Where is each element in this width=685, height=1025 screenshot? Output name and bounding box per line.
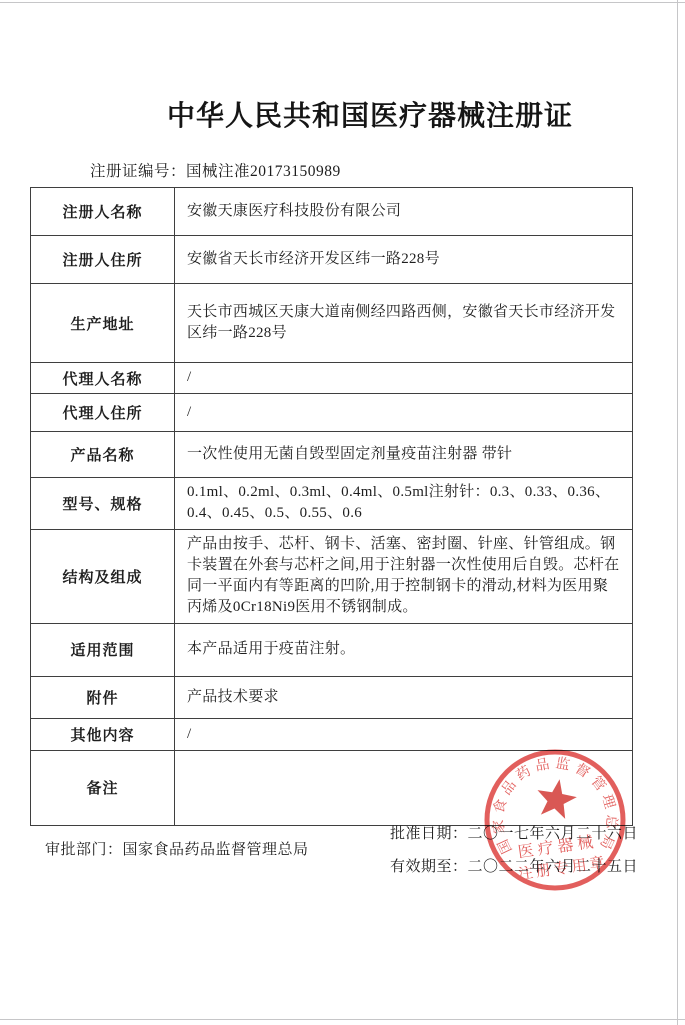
table-row: 生产地址 天长市西城区天康大道南侧经四路西侧，安徽省天长市经济开发区纬一路228… [31, 284, 633, 363]
certificate-number-line: 注册证编号：国械注准20173150989 [90, 159, 341, 181]
table-row: 注册人名称 安徽天康医疗科技股份有限公司 [31, 188, 633, 236]
row-value-model-spec: 0.1ml、0.2ml、0.3ml、0.4ml、0.5ml注射针：0.3、0.3… [175, 478, 633, 530]
table-row: 适用范围 本产品适用于疫苗注射。 [31, 623, 633, 676]
row-label-registrant-address: 注册人住所 [31, 236, 175, 284]
certificate-number-value: 国械注准20173150989 [186, 163, 341, 180]
certificate-number-label: 注册证编号： [90, 163, 186, 180]
row-label-agent-address: 代理人住所 [31, 394, 175, 432]
valid-until-label: 有效期至： [390, 859, 468, 875]
row-value-registrant-address: 安徽省天长市经济开发区纬一路228号 [175, 236, 633, 284]
valid-until-value: 二〇二二年六月二十五日 [468, 859, 639, 875]
row-label-scope: 适用范围 [31, 623, 175, 676]
row-label-product-name: 产品名称 [31, 432, 175, 478]
row-label-other: 其他内容 [31, 718, 175, 750]
valid-until-line: 有效期至：二〇二二年六月二十五日 [390, 855, 638, 876]
approval-date-value: 二〇一七年六月二十六日 [468, 826, 639, 842]
row-value-production-address: 天长市西城区天康大道南侧经四路西侧，安徽省天长市经济开发区纬一路228号 [175, 284, 633, 363]
table-row: 代理人名称 / [31, 363, 633, 394]
row-label-remarks: 备注 [31, 750, 175, 825]
approval-department-line: 审批部门：国家食品药品监督管理总局 [45, 838, 309, 859]
table-row: 代理人住所 / [31, 394, 633, 432]
table-row: 注册人住所 安徽省天长市经济开发区纬一路228号 [31, 236, 633, 284]
table-row: 备注 [31, 750, 633, 825]
row-value-attachment: 产品技术要求 [175, 676, 633, 718]
row-label-production-address: 生产地址 [31, 284, 175, 363]
table-row: 产品名称 一次性使用无菌自毁型固定剂量疫苗注射器 带针 [31, 432, 633, 478]
approval-date-line: 批准日期：二〇一七年六月二十六日 [390, 822, 638, 843]
table-row: 其他内容 / [31, 718, 633, 750]
table-row: 型号、规格 0.1ml、0.2ml、0.3ml、0.4ml、0.5ml注射针：0… [31, 478, 633, 530]
row-label-attachment: 附件 [31, 676, 175, 718]
row-value-structure: 产品由按手、芯杆、钢卡、活塞、密封圈、针座、针管组成。钢卡装置在外套与芯杆之间,… [175, 529, 633, 623]
scan-edge-right [677, 0, 678, 1025]
row-label-agent-name: 代理人名称 [31, 363, 175, 394]
table-row: 结构及组成 产品由按手、芯杆、钢卡、活塞、密封圈、针座、针管组成。钢卡装置在外套… [31, 529, 633, 623]
row-value-registrant-name: 安徽天康医疗科技股份有限公司 [175, 188, 633, 236]
scan-edge-bottom [0, 1019, 685, 1020]
table-row: 附件 产品技术要求 [31, 676, 633, 718]
row-label-model-spec: 型号、规格 [31, 478, 175, 530]
row-value-agent-name: / [175, 363, 633, 394]
certificate-table: 注册人名称 安徽天康医疗科技股份有限公司 注册人住所 安徽省天长市经济开发区纬一… [30, 187, 633, 826]
row-value-other: / [175, 718, 633, 750]
row-value-scope: 本产品适用于疫苗注射。 [175, 623, 633, 676]
row-label-structure: 结构及组成 [31, 529, 175, 623]
row-label-registrant-name: 注册人名称 [31, 188, 175, 236]
scan-edge-top [0, 2, 685, 3]
approval-date-label: 批准日期： [390, 826, 468, 842]
row-value-product-name: 一次性使用无菌自毁型固定剂量疫苗注射器 带针 [175, 432, 633, 478]
document-title: 中华人民共和国医疗器械注册证 [105, 94, 635, 134]
approval-department-label: 审批部门： [45, 842, 123, 858]
row-value-agent-address: / [175, 394, 633, 432]
row-value-remarks [175, 750, 633, 825]
approval-department-value: 国家食品药品监督管理总局 [123, 842, 309, 858]
